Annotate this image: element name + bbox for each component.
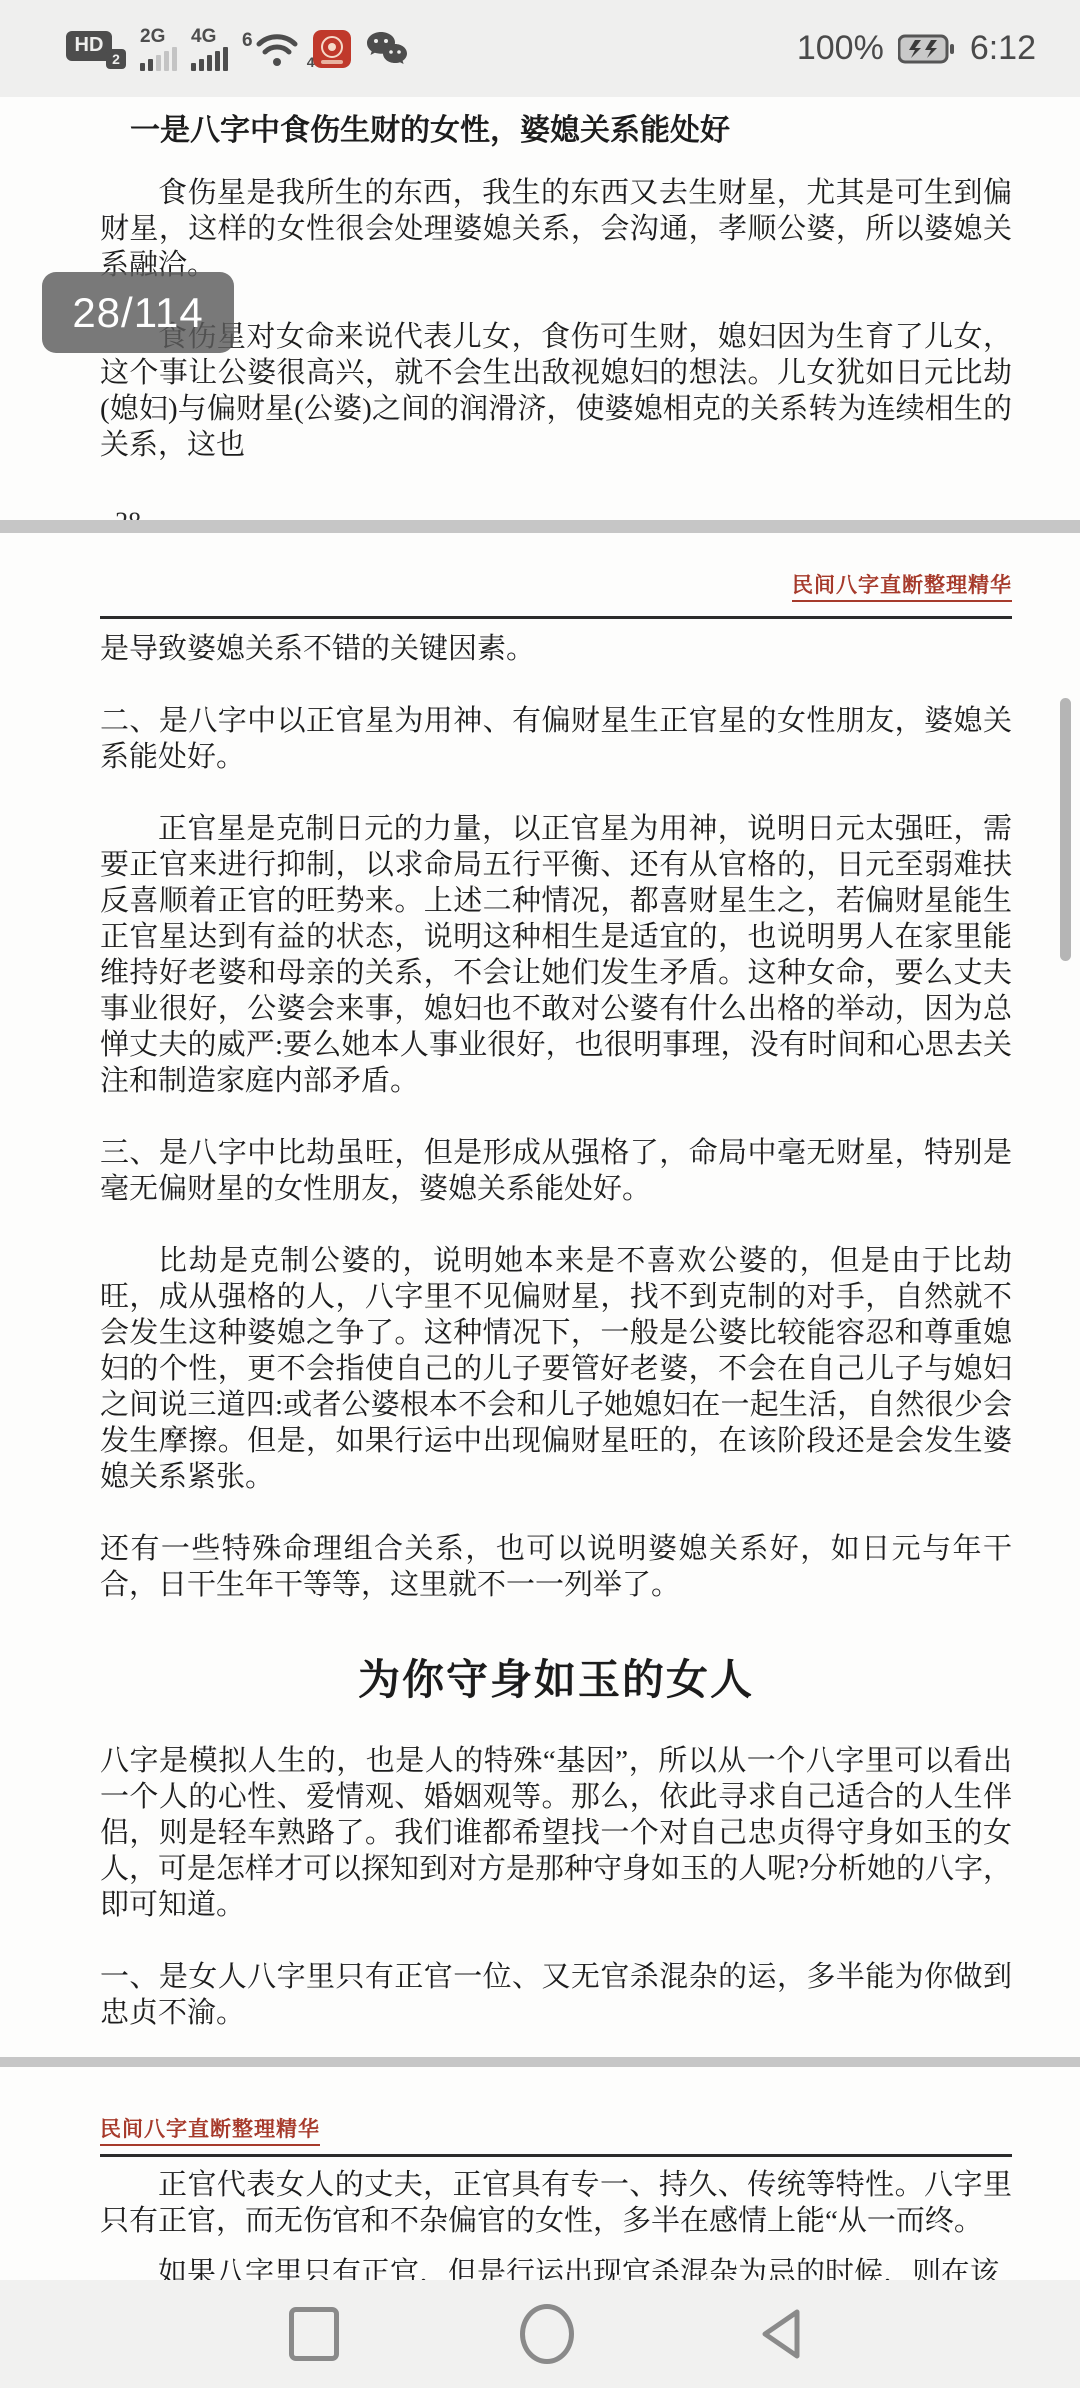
page-break-divider [0,520,1080,533]
signal-4g-icon: 4G [191,27,228,71]
chapter-title: 为你守身如玉的女人 [100,1647,1012,1707]
status-bar: HD 2 2G 4G 6 [0,0,1080,97]
wifi-arcs-icon [255,30,299,68]
network-2g-label: 2G [140,27,165,46]
header-rule [100,616,1012,619]
page-position-badge: 28/114 [42,272,234,353]
home-button[interactable] [487,2280,607,2388]
paragraph: 八字是模拟人生的，也是人的特殊“基因”，所以从一个八字里可以看出一个人的心性、爱… [100,1743,1012,1923]
wifi6-icon: 6 4 [242,30,299,68]
paragraph: 正官代表女人的丈夫，正官具有专一、持久、传统等特性。八字里只有正官，而无伤官和不… [100,2167,1012,2239]
network-4g-label: 4G [191,27,216,46]
signal-2g-icon: 2G [140,27,177,71]
running-header: 民间八字直断整理精华 [100,2117,320,2146]
section-heading: 一是八字中食伤生财的女性，婆媳关系能处好 [100,111,1012,151]
paragraph: 食伤星是我所生的东西，我生的东西又去生财星，尤其是可生到偏财星，这样的女性很会处… [100,175,1012,283]
header-rule [100,2154,1012,2157]
back-button[interactable] [720,2280,840,2388]
clock-label: 6:12 [970,29,1036,68]
status-left-icons: HD 2 2G 4G 6 [66,27,407,71]
paragraph: 比劫是克制公婆的，说明她本来是不喜欢公婆的，但是由于比劫旺，成从强格的人，八字里… [100,1243,1012,1495]
signal-bars-2g [140,47,177,71]
paragraph-clipped: 如果八字里只有正官，但是行运出现官杀混杂为忌的时候，则在该 [100,2255,1012,2280]
android-nav-bar [0,2280,1080,2388]
paragraph-continuation: 是导致婆媳关系不错的关键因素。 [100,631,1012,667]
document-page-30[interactable]: 民间八字直断整理精华 正官代表女人的丈夫，正官具有专一、持久、传统等特性。八字里… [0,2067,1080,2280]
back-triangle-icon [755,2304,805,2364]
red-app-notification-icon [313,30,351,68]
subsection-heading: 二、是八字中以正官星为用神、有偏财星生正官星的女性朋友，婆媳关系能处好。 [100,703,1012,775]
status-right-icons: 100% 6:12 [797,29,1036,68]
wifi-speed-label: 4 [307,54,315,70]
battery-charging-icon [898,34,956,64]
wifi-gen-label: 6 [242,30,253,52]
subsection-heading: 三、是八字中比劫虽旺，但是形成从强格了，命局中毫无财星，特别是毫无偏财星的女性朋… [100,1135,1012,1207]
signal-bars-4g [191,47,228,71]
hd-sim2-badge: 2 [106,49,126,69]
paragraph: 还有一些特殊命理组合关系，也可以说明婆媳关系好，如日元与年干合，日干生年干等等，… [100,1531,1012,1603]
home-circle-icon [520,2304,574,2364]
printed-page-number: - 28 - [100,507,1012,520]
paragraph: 正官星是克制日元的力量，以正官星为用神，说明日元太强旺，需要正官来进行抑制，以求… [100,811,1012,1099]
document-page-29[interactable]: 民间八字直断整理精华 是导致婆媳关系不错的关键因素。 二、是八字中以正官星为用神… [0,533,1080,2057]
recents-button[interactable] [254,2280,374,2388]
reader-screen: HD 2 2G 4G 6 [0,0,1080,2388]
running-header: 民间八字直断整理精华 [792,573,1012,602]
scrollbar-thumb[interactable] [1060,698,1071,961]
hd-voice-icon: HD 2 [66,29,126,69]
recents-square-icon [289,2307,339,2361]
subsection-heading: 一、是女人八字里只有正官一位、又无官杀混杂的运，多半能为你做到忠贞不渝。 [100,1959,1012,2031]
battery-percent-label: 100% [797,29,884,68]
paragraph: 食伤星对女命来说代表儿女，食伤可生财，媳妇因为生育了儿女，这个事让公婆很高兴，就… [100,319,1012,463]
wechat-icon [365,30,407,68]
